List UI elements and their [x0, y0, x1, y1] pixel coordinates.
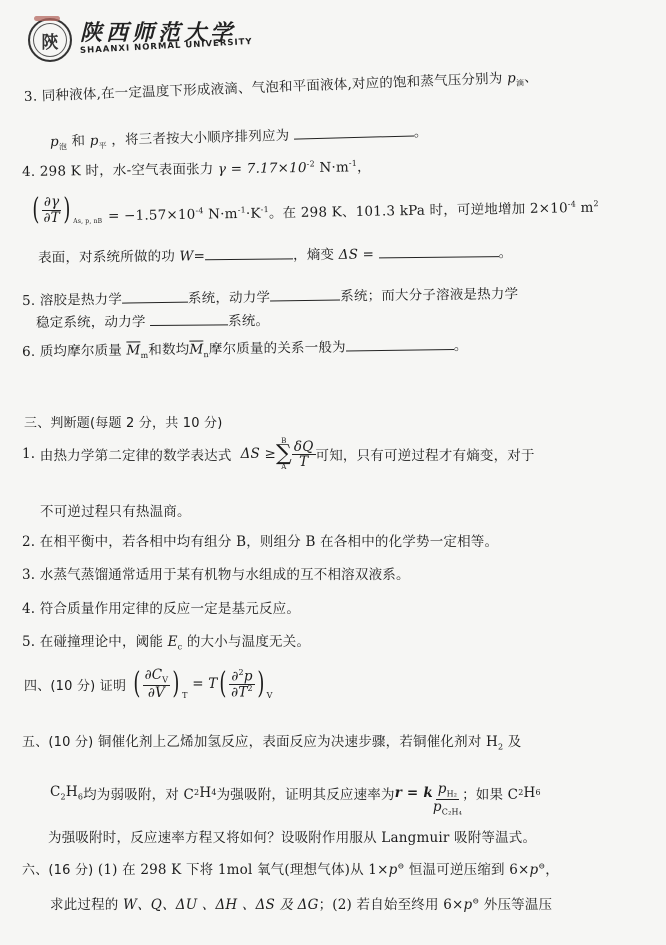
rate-lhs: r = k: [395, 785, 433, 801]
left-paren: (: [133, 669, 140, 699]
rhs-den-sup: 2: [248, 684, 253, 693]
tf5-text-a: 在碰撞理论中，阈能: [40, 634, 163, 650]
thermo-quantities: W、Q、ΔU 、ΔH 、ΔS 及 ΔG: [123, 897, 319, 913]
tf-item-1-line2: 不可逆过程只有热温商。: [40, 500, 191, 520]
tf3-text: 水蒸气蒸馏通常适用于某有机物与水组成的互不相溶双液系。: [40, 567, 410, 583]
tf-item-3: 3. 水蒸气蒸馏通常适用于某有机物与水组成的互不相溶双液系。: [22, 563, 410, 583]
exam-page: 陝 陕西师范大学 SHAANXI NORMAL UNIVERSITY 3. 同种…: [0, 0, 666, 945]
tf4-number: 4.: [22, 601, 35, 617]
deriv-unit: N·m: [204, 206, 238, 223]
q4-line2: ( ∂γ ∂T ) As, p, nB = −1.57×10-4 N·m-1·K…: [30, 195, 599, 225]
q6-number: 6.: [22, 344, 36, 360]
section3-heading: 三、判断题(每题 2 分，共 10 分): [24, 412, 223, 431]
section6-line1: 六、(16 分) (1) 在 298 K 下将 1mol 氧气(理想气体)从 1…: [22, 858, 559, 878]
right-paren: ): [64, 195, 71, 225]
rate-num-p: p: [438, 781, 447, 797]
gamma-expression: γ = 7.17×10: [218, 160, 307, 177]
section4-eq: = T: [192, 676, 217, 692]
q4-line3: 表面，对系统所做的功 W=，熵变 ΔS = 。: [38, 241, 512, 266]
seal-char: 陝: [42, 28, 59, 53]
q3-text: 同种液体,在一定温度下形成液滴、气泡和平面液体,对应的饱和蒸气压分别为: [41, 71, 502, 105]
section4-rhs-fraction: ∂2p ∂T2: [229, 669, 254, 699]
lhs-den: ∂V: [148, 686, 165, 700]
section5-text2c: 为强吸附，证明其反应速率为: [217, 783, 395, 803]
q5-line1: 5. 溶胶是热力学系统，动力学系统；而大分子溶液是热力学: [22, 282, 519, 309]
lhs-num-sub: V: [162, 676, 168, 685]
q4-number: 4.: [22, 164, 36, 180]
section4-line: 四、(10 分) 证明 ( ∂CV ∂V ) T = T ( ∂2p ∂T2 )…: [24, 668, 273, 700]
deriv-subscript: As, p, nB: [73, 218, 102, 225]
tf5-text-b: 的大小与温度无关。: [187, 634, 310, 650]
q3-line2: p泡 和 p平 ，将三者按大小顺序排列应为 。: [50, 120, 428, 153]
rate-fraction: pH₂ pC₂H₄: [433, 782, 462, 817]
section6-text1b: 恒温可逆压缩到 6×: [404, 862, 529, 878]
p-flat-sub: 平: [99, 141, 107, 150]
q6-end: 。: [454, 338, 468, 354]
threshold-energy-symbol: E: [168, 634, 178, 650]
q4-work-blank[interactable]: [205, 246, 293, 260]
q6-text-b: 和数均: [148, 342, 189, 359]
section5-text1-end: 及: [503, 734, 521, 750]
lhs-num: ∂C: [145, 667, 163, 683]
tf3-number: 3.: [22, 567, 35, 583]
deriv-num: ∂γ: [42, 195, 61, 210]
deriv-sub-b: B: [98, 218, 103, 225]
sigma-glyph: ∑: [276, 444, 292, 464]
section6-text2c: 外压等温压: [479, 897, 552, 913]
tf-item-1-line1: 1. 由热力学第二定律的数学表达式 ΔS ≥ B ∑ A δQ T 可知，只有可…: [22, 438, 535, 470]
section5-heading: 五、(10 分): [22, 735, 93, 750]
left-paren: (: [220, 669, 227, 699]
section4-lhs-fraction: ∂CV ∂V: [143, 668, 171, 700]
section5-text2d: ；如果 C: [462, 783, 518, 803]
rhs-num: ∂: [231, 668, 238, 684]
tf-item-5: 5. 在碰撞理论中，阈能 Ec 的大小与温度无关。: [22, 630, 310, 652]
tf1-text-b: 可知，只有可逆过程才有熵变，对于: [316, 444, 535, 464]
q4-entropy-label: ，熵变: [293, 247, 334, 263]
lhs-sub: T: [182, 691, 188, 700]
deriv-den: ∂T: [43, 211, 59, 225]
q6-blank[interactable]: [346, 337, 454, 352]
right-paren: ): [173, 669, 180, 699]
tf2-text: 在相平衡中，若各相中均有组分 B，则组分 B 在各相中的化学势一定相等。: [40, 534, 498, 550]
c2h6b-sub2: 6: [535, 788, 540, 797]
deriv-sub-pn: , p, n: [81, 218, 98, 225]
c2h6-h: H: [66, 784, 78, 800]
tf4-text: 符合质量作用定律的反应一定是基元反应。: [40, 601, 300, 617]
q6-line: 6. 质均摩尔质量 Mm和数均Mn摩尔质量的关系一般为。: [22, 334, 468, 362]
rhs-sub: V: [267, 691, 273, 700]
frac-den: T: [299, 455, 308, 469]
tf-item-4: 4. 符合质量作用定律的反应一定是基元反应。: [22, 597, 300, 617]
deriv-tail: 。在 298 K、101.3 kPa 时，可逆地增加 2×10: [269, 200, 568, 221]
tf1-text-a: 由热力学第二定律的数学表达式: [40, 444, 232, 464]
rhs-den: ∂T: [231, 684, 247, 700]
q5-line2: 稳定系统，动力学 系统。: [36, 309, 269, 331]
p-flat-symbol: p: [90, 133, 99, 149]
q4-deriv-value-line: = −1.57×10-4 N·m-1·K-1。在 298 K、101.3 kPa…: [108, 196, 599, 225]
q5-text-c: 系统；而大分子溶液是热力学: [340, 286, 518, 304]
c2h4-h: H: [199, 785, 211, 801]
rate-den-sub: C₂H₄: [442, 808, 462, 817]
q3-number: 3.: [24, 88, 38, 104]
q4-entropy-blank[interactable]: [379, 244, 499, 258]
section6-heading: 六、(16 分): [22, 863, 93, 878]
q4-text: 298 K 时，水-空气表面张力: [40, 161, 214, 179]
tf1-fraction: δQ T: [292, 440, 316, 469]
q5-blank-1[interactable]: [122, 290, 188, 304]
area-unit: m: [576, 200, 594, 216]
rhs-num-p: p: [244, 668, 253, 684]
gamma-exp: -2: [307, 159, 315, 168]
right-paren: ): [257, 669, 264, 699]
q5-text-d: 稳定系统，动力学: [36, 314, 146, 331]
tf2-number: 2.: [22, 534, 35, 550]
university-seal-logo: 陝: [28, 18, 72, 62]
q5-text-e: 系统。: [228, 313, 269, 329]
q5-blank-2[interactable]: [270, 288, 340, 302]
derivative-gamma-t: ∂γ ∂T: [42, 195, 61, 224]
q5-number: 5.: [22, 293, 36, 309]
section5-line1: 五、(10 分) 铜催化剂上乙烯加氢反应，表面反应为决速步骤，若铜催化剂对 H2…: [22, 730, 522, 752]
deriv-unit2: ·K: [246, 206, 261, 222]
q6-text-a: 质均摩尔质量: [40, 343, 122, 360]
gamma-unit-exp: -1: [349, 159, 357, 168]
section6-text1c: ，: [545, 862, 559, 878]
q5-text-a: 溶胶是热力学: [40, 292, 122, 309]
section6-text1a: (1) 在 298 K 下将 1mol 氧气(理想气体)从 1×: [98, 862, 389, 878]
left-paren: (: [32, 195, 39, 225]
section6-line2: 求此过程的 W、Q、ΔU 、ΔH 、ΔS 及 ΔG；(2) 若自始至终用 6×p…: [50, 893, 552, 913]
q4-work-label: 表面，对系统所做的功: [38, 249, 175, 266]
section5-line3: 为强吸附时，反应速率方程又将如何？设吸附作用服从 Langmuir 吸附等温式。: [48, 826, 536, 846]
area-unit-exp: 2: [594, 199, 599, 208]
tf5-number: 5.: [22, 634, 35, 650]
q3-line1: 3. 同种液体,在一定温度下形成液滴、气泡和平面液体,对应的饱和蒸气压分别为 p…: [24, 65, 539, 107]
q4-line1: 4. 298 K 时，水-空气表面张力 γ = 7.17×10-2 N·m-1，: [22, 155, 371, 180]
entropy-symbol: ΔS =: [339, 246, 375, 262]
c2h6b-h: H: [523, 785, 535, 801]
ec-sub: c: [178, 643, 183, 652]
q3-and: 和: [71, 133, 85, 149]
sum-bottom: A: [281, 464, 286, 470]
gamma-unit: N·m: [315, 159, 349, 175]
section4-heading: 四、(10 分) 证明: [24, 675, 126, 694]
work-symbol: W=: [179, 248, 205, 264]
q3-text2: ，将三者按大小顺序排列应为: [111, 128, 289, 149]
section5-text2b: 均为弱吸附，对 C: [83, 783, 194, 803]
q3-end: 。: [414, 124, 428, 140]
gamma-end: ，: [357, 159, 371, 175]
c2h6-c: C: [50, 784, 61, 800]
section6-text2b: ；(2) 若自始至终用 6×: [319, 897, 464, 913]
tf1-formula-lhs: ΔS ≥: [241, 446, 276, 462]
rate-den-p: p: [433, 799, 442, 815]
q6-text-c: 摩尔质量的关系一般为: [209, 339, 346, 357]
q5-blank-3[interactable]: [150, 312, 228, 326]
q5-text-b: 系统，动力学: [188, 290, 270, 307]
tf1-number: 1.: [22, 446, 35, 462]
section5-text1: 铜催化剂上乙烯加氢反应，表面反应为决速步骤，若铜催化剂对 H: [98, 734, 498, 750]
deriv-value: = −1.57×10: [108, 207, 196, 225]
p-bubble-sub: 泡: [59, 142, 67, 151]
m-bar-symbol-n: M: [189, 341, 203, 357]
q3-answer-blank[interactable]: [294, 123, 414, 139]
tf-item-2: 2. 在相平衡中，若各相中均有组分 B，则组分 B 在各相中的化学势一定相等。: [22, 530, 498, 550]
p-bubble-symbol: p: [50, 134, 59, 150]
m-bar-symbol-m: M: [126, 342, 140, 358]
section6-text2a: 求此过程的: [50, 897, 123, 913]
section5-line2: C2H6 均为弱吸附，对 C2H4 为强吸附，证明其反应速率为 r = k pH…: [50, 768, 541, 817]
q4-end: 。: [499, 245, 513, 261]
summation-icon: B ∑ A: [276, 438, 292, 470]
frac-num: δQ: [292, 440, 316, 455]
rate-num-sub: H₂: [447, 790, 458, 799]
q3-sep: 、: [524, 69, 538, 86]
